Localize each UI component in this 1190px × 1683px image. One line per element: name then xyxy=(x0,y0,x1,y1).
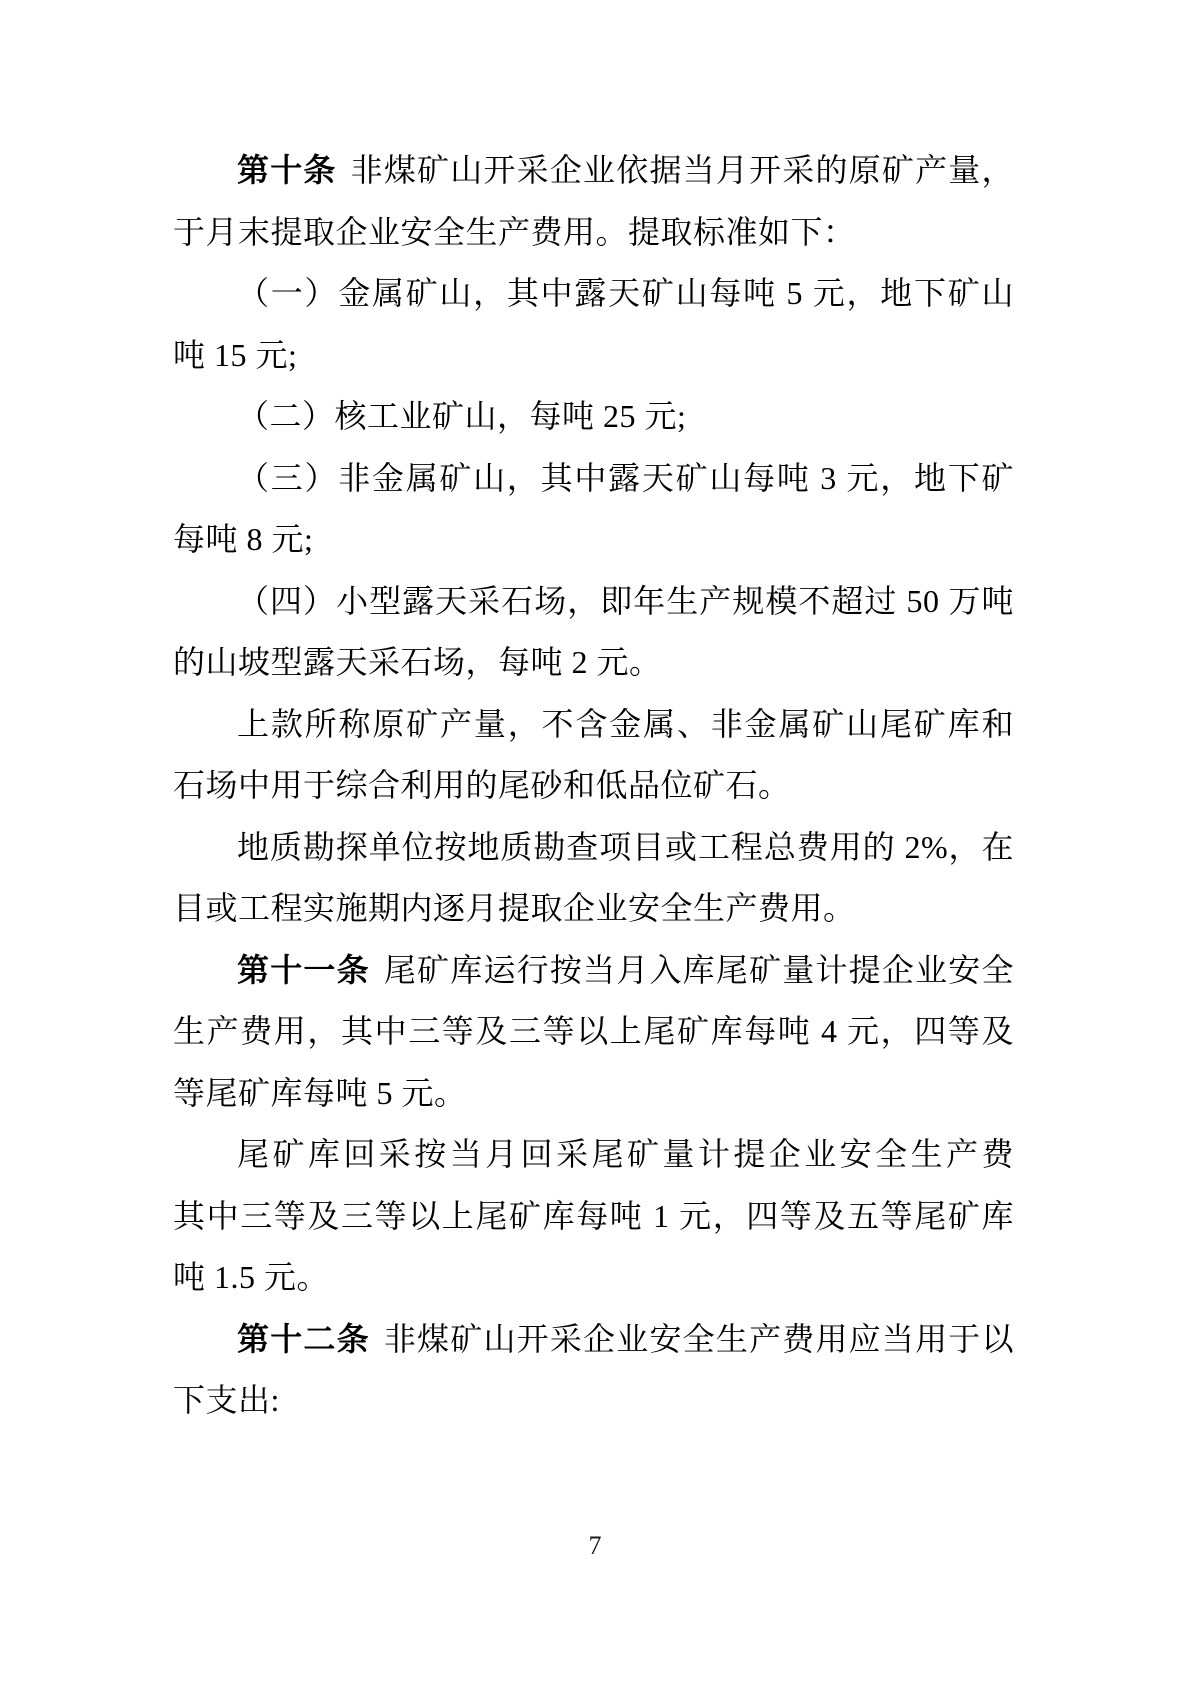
text-line: 其中三等及三等以上尾矿库每吨 1 元，四等及五等尾矿库每 xyxy=(173,1186,1014,1248)
line-text: 等尾矿库每吨 5 元。 xyxy=(173,1075,467,1111)
line-text: 地质勘探单位按地质勘查项目或工程总费用的 2%，在项 xyxy=(237,829,1014,879)
text-line: 于月末提取企业安全生产费用。提取标准如下： xyxy=(173,202,1014,264)
text-line: 第十二条非煤矿山开采企业安全生产费用应当用于以 xyxy=(173,1309,1014,1371)
line-text: （四）小型露天采石场，即年生产规模不超过 50 万吨 xyxy=(237,583,1014,619)
line-text: 上款所称原矿产量，不含金属、非金属矿山尾矿库和废 xyxy=(237,706,1014,756)
line-text: 石场中用于综合利用的尾砂和低品位矿石。 xyxy=(173,767,791,803)
line-text: （一）金属矿山，其中露天矿山每吨 5 元，地下矿山每 xyxy=(237,275,1014,325)
article-heading-label: 第十二条 xyxy=(237,1321,370,1357)
text-line: （四）小型露天采石场，即年生产规模不超过 50 万吨 xyxy=(173,571,1014,633)
line-text: 于月末提取企业安全生产费用。提取标准如下： xyxy=(173,214,856,250)
text-line: 上款所称原矿产量，不含金属、非金属矿山尾矿库和废 xyxy=(173,694,1014,756)
line-text: 其中三等及三等以上尾矿库每吨 1 元，四等及五等尾矿库每 xyxy=(173,1198,1014,1248)
text-line: 生产费用，其中三等及三等以上尾矿库每吨 4 元，四等及五 xyxy=(173,1001,1014,1063)
text-line: 吨 15 元; xyxy=(173,325,1014,387)
article-heading-label: 第十条 xyxy=(237,152,337,188)
text-line: 地质勘探单位按地质勘查项目或工程总费用的 2%，在项 xyxy=(173,817,1014,879)
line-text: 非煤矿山开采企业依据当月开采的原矿产量， xyxy=(351,152,1014,188)
line-text: 尾矿库运行按当月入库尾矿量计提企业安全 xyxy=(384,952,1014,988)
text-line: （一）金属矿山，其中露天矿山每吨 5 元，地下矿山每 xyxy=(173,263,1014,325)
line-text: 目或工程实施期内逐月提取企业安全生产费用。 xyxy=(173,890,856,926)
text-line: 石场中用于综合利用的尾砂和低品位矿石。 xyxy=(173,755,1014,817)
text-line: （三）非金属矿山，其中露天矿山每吨 3 元，地下矿山 xyxy=(173,448,1014,510)
text-line: （二）核工业矿山，每吨 25 元; xyxy=(173,386,1014,448)
line-text: （二）核工业矿山，每吨 25 元; xyxy=(237,398,686,434)
line-text: 下支出: xyxy=(173,1382,280,1418)
text-line: 目或工程实施期内逐月提取企业安全生产费用。 xyxy=(173,878,1014,940)
line-text: 吨 15 元; xyxy=(173,337,297,373)
text-line: 第十条非煤矿山开采企业依据当月开采的原矿产量， xyxy=(173,140,1014,202)
line-text: 的山坡型露天采石场，每吨 2 元。 xyxy=(173,644,662,680)
text-line: 第十一条尾矿库运行按当月入库尾矿量计提企业安全 xyxy=(173,940,1014,1002)
text-line: 尾矿库回采按当月回采尾矿量计提企业安全生产费用， xyxy=(173,1124,1014,1186)
text-line: 等尾矿库每吨 5 元。 xyxy=(173,1063,1014,1125)
article-heading-label: 第十一条 xyxy=(237,952,370,988)
text-line: 下支出: xyxy=(173,1370,1014,1432)
document-body: 第十条非煤矿山开采企业依据当月开采的原矿产量，于月末提取企业安全生产费用。提取标… xyxy=(173,140,1014,1432)
text-line: 每吨 8 元; xyxy=(173,509,1014,571)
line-text: 尾矿库回采按当月回采尾矿量计提企业安全生产费用， xyxy=(237,1136,1014,1186)
text-line: 吨 1.5 元。 xyxy=(173,1247,1014,1309)
line-text: 吨 1.5 元。 xyxy=(173,1259,329,1295)
page-number: 7 xyxy=(0,1531,1190,1561)
line-text: 非煤矿山开采企业安全生产费用应当用于以 xyxy=(384,1321,1014,1357)
document-page: 第十条非煤矿山开采企业依据当月开采的原矿产量，于月末提取企业安全生产费用。提取标… xyxy=(0,0,1190,1683)
line-text: （三）非金属矿山，其中露天矿山每吨 3 元，地下矿山 xyxy=(237,460,1014,510)
line-text: 每吨 8 元; xyxy=(173,521,313,557)
line-text: 生产费用，其中三等及三等以上尾矿库每吨 4 元，四等及五 xyxy=(173,1013,1014,1063)
text-line: 的山坡型露天采石场，每吨 2 元。 xyxy=(173,632,1014,694)
